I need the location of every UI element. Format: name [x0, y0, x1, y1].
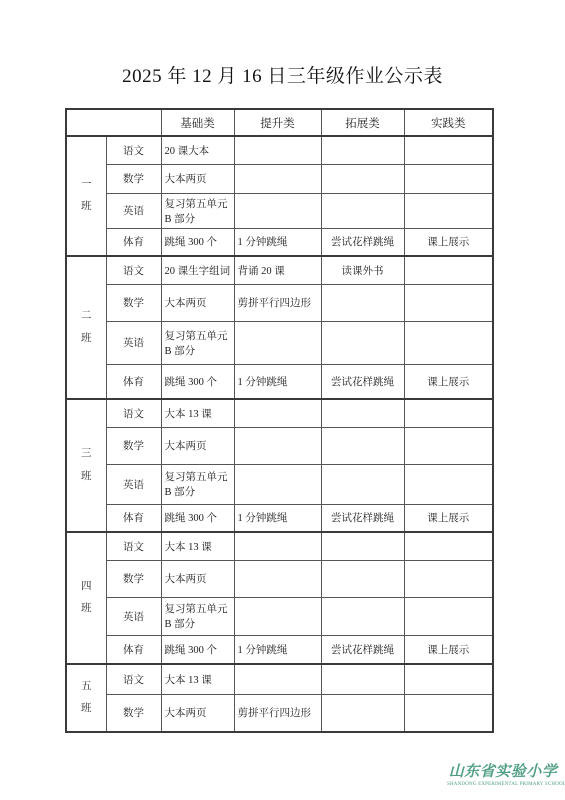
- page-title: 2025 年 12 月 16 日三年级作业公示表: [0, 0, 565, 88]
- cell-improve: [234, 321, 321, 364]
- class-label: 三班: [81, 443, 92, 487]
- homework-row: 体育 跳绳 300 个 1 分钟跳绳 尝试花样跳绳 课上展示: [66, 364, 493, 399]
- cell-basic: 跳绳 300 个: [161, 228, 234, 256]
- cell-improve: 1 分钟跳绳: [234, 228, 321, 256]
- subject-label: 语文: [106, 136, 161, 164]
- cell-expand: [321, 193, 404, 228]
- subject-label: 英语: [106, 193, 161, 228]
- cell-basic: 跳绳 300 个: [161, 364, 234, 399]
- homework-row: 五班 语文 大本 13 课: [66, 664, 493, 694]
- cell-practice: [404, 532, 493, 560]
- col-header-expand: 拓展类: [321, 109, 404, 136]
- school-name-en: SHANDONG EXPERIMENTAL PRIMARY SCHOOL: [447, 782, 559, 787]
- class-label: 五班: [81, 676, 92, 720]
- subject-label: 英语: [106, 321, 161, 364]
- col-header-basic: 基础类: [161, 109, 234, 136]
- cell-basic: 复习第五单元 B 部分: [161, 321, 234, 364]
- cell-improve: 1 分钟跳绳: [234, 635, 321, 664]
- cell-basic: 大本两页: [161, 427, 234, 464]
- cell-expand: [321, 399, 404, 427]
- cell-improve: [234, 399, 321, 427]
- cell-expand: [321, 664, 404, 694]
- header-blank-cell: [66, 109, 161, 136]
- cell-practice: [404, 284, 493, 321]
- cell-expand: 读课外书: [321, 256, 404, 284]
- cell-basic: 大本 13 课: [161, 399, 234, 427]
- school-watermark: 山东省实验小学 SHANDONG EXPERIMENTAL PRIMARY SC…: [447, 763, 559, 787]
- cell-expand: [321, 321, 404, 364]
- cell-practice: [404, 256, 493, 284]
- cell-practice: 课上展示: [404, 228, 493, 256]
- cell-expand: [321, 164, 404, 193]
- cell-basic: 跳绳 300 个: [161, 504, 234, 532]
- school-name-cn: 山东省实验小学: [447, 763, 559, 781]
- subject-label: 体育: [106, 228, 161, 256]
- cell-improve: [234, 164, 321, 193]
- subject-label: 英语: [106, 597, 161, 635]
- cell-expand: 尝试花样跳绳: [321, 635, 404, 664]
- class-label-cell: 四班: [66, 532, 106, 664]
- homework-row: 四班 语文 大本 13 课: [66, 532, 493, 560]
- cell-expand: [321, 284, 404, 321]
- cell-practice: [404, 694, 493, 732]
- subject-label: 数学: [106, 560, 161, 597]
- homework-row: 英语 复习第五单元 B 部分: [66, 321, 493, 364]
- cell-improve: 背诵 20 课: [234, 256, 321, 284]
- homework-row: 三班 语文 大本 13 课: [66, 399, 493, 427]
- subject-label: 数学: [106, 284, 161, 321]
- class-label-cell: 三班: [66, 399, 106, 532]
- cell-improve: [234, 597, 321, 635]
- cell-practice: 课上展示: [404, 635, 493, 664]
- cell-improve: [234, 560, 321, 597]
- cell-expand: 尝试花样跳绳: [321, 228, 404, 256]
- cell-improve: 剪拼平行四边形: [234, 694, 321, 732]
- cell-practice: [404, 136, 493, 164]
- cell-expand: [321, 532, 404, 560]
- header-row: 基础类 提升类 拓展类 实践类: [66, 109, 493, 136]
- cell-expand: [321, 464, 404, 504]
- cell-basic: 大本 13 课: [161, 664, 234, 694]
- cell-basic: 大本两页: [161, 284, 234, 321]
- cell-practice: [404, 399, 493, 427]
- homework-row: 体育 跳绳 300 个 1 分钟跳绳 尝试花样跳绳 课上展示: [66, 504, 493, 532]
- cell-expand: [321, 427, 404, 464]
- cell-expand: 尝试花样跳绳: [321, 364, 404, 399]
- cell-basic: 复习第五单元 B 部分: [161, 193, 234, 228]
- subject-label: 体育: [106, 364, 161, 399]
- homework-row: 数学 大本两页: [66, 164, 493, 193]
- cell-basic: 大本两页: [161, 560, 234, 597]
- class-label-cell: 二班: [66, 256, 106, 399]
- cell-improve: [234, 532, 321, 560]
- homework-row: 数学 大本两页: [66, 560, 493, 597]
- cell-expand: [321, 136, 404, 164]
- cell-practice: [404, 464, 493, 504]
- cell-practice: [404, 427, 493, 464]
- cell-practice: [404, 321, 493, 364]
- subject-label: 英语: [106, 464, 161, 504]
- subject-label: 语文: [106, 399, 161, 427]
- cell-practice: [404, 193, 493, 228]
- cell-expand: 尝试花样跳绳: [321, 504, 404, 532]
- homework-row: 英语 复习第五单元 B 部分: [66, 464, 493, 504]
- subject-label: 数学: [106, 694, 161, 732]
- class-label-cell: 五班: [66, 664, 106, 732]
- cell-practice: [404, 164, 493, 193]
- homework-row: 英语 复习第五单元 B 部分: [66, 597, 493, 635]
- homework-row: 数学 大本两页 剪拼平行四边形: [66, 694, 493, 732]
- cell-basic: 大本两页: [161, 164, 234, 193]
- subject-label: 语文: [106, 664, 161, 694]
- cell-improve: [234, 193, 321, 228]
- cell-basic: 复习第五单元 B 部分: [161, 464, 234, 504]
- cell-basic: 20 课生字组词: [161, 256, 234, 284]
- cell-practice: 课上展示: [404, 504, 493, 532]
- homework-row: 英语 复习第五单元 B 部分: [66, 193, 493, 228]
- cell-practice: 课上展示: [404, 364, 493, 399]
- homework-row: 二班 语文 20 课生字组词 背诵 20 课 读课外书: [66, 256, 493, 284]
- cell-improve: [234, 136, 321, 164]
- subject-label: 语文: [106, 256, 161, 284]
- col-header-practice: 实践类: [404, 109, 493, 136]
- class-label: 四班: [81, 576, 92, 620]
- subject-label: 体育: [106, 635, 161, 664]
- homework-row: 数学 大本两页 剪拼平行四边形: [66, 284, 493, 321]
- homework-table: 基础类 提升类 拓展类 实践类 一班 语文 20 课大本 数学 大本两页 英语 …: [65, 108, 494, 733]
- cell-improve: 1 分钟跳绳: [234, 364, 321, 399]
- cell-improve: [234, 664, 321, 694]
- homework-row: 数学 大本两页: [66, 427, 493, 464]
- homework-row: 一班 语文 20 课大本: [66, 136, 493, 164]
- subject-label: 语文: [106, 532, 161, 560]
- cell-basic: 跳绳 300 个: [161, 635, 234, 664]
- cell-improve: 1 分钟跳绳: [234, 504, 321, 532]
- cell-practice: [404, 597, 493, 635]
- class-label: 二班: [81, 305, 92, 349]
- cell-basic: 复习第五单元 B 部分: [161, 597, 234, 635]
- document-page: 2025 年 12 月 16 日三年级作业公示表 基础类 提升类 拓展类 实践类…: [0, 0, 565, 800]
- subject-label: 数学: [106, 427, 161, 464]
- class-label-cell: 一班: [66, 136, 106, 256]
- cell-improve: 剪拼平行四边形: [234, 284, 321, 321]
- subject-label: 数学: [106, 164, 161, 193]
- cell-basic: 20 课大本: [161, 136, 234, 164]
- cell-expand: [321, 597, 404, 635]
- col-header-improve: 提升类: [234, 109, 321, 136]
- cell-expand: [321, 694, 404, 732]
- homework-row: 体育 跳绳 300 个 1 分钟跳绳 尝试花样跳绳 课上展示: [66, 228, 493, 256]
- subject-label: 体育: [106, 504, 161, 532]
- cell-basic: 大本两页: [161, 694, 234, 732]
- homework-row: 体育 跳绳 300 个 1 分钟跳绳 尝试花样跳绳 课上展示: [66, 635, 493, 664]
- class-label: 一班: [81, 174, 92, 218]
- cell-basic: 大本 13 课: [161, 532, 234, 560]
- cell-expand: [321, 560, 404, 597]
- cell-improve: [234, 464, 321, 504]
- cell-practice: [404, 664, 493, 694]
- cell-improve: [234, 427, 321, 464]
- cell-practice: [404, 560, 493, 597]
